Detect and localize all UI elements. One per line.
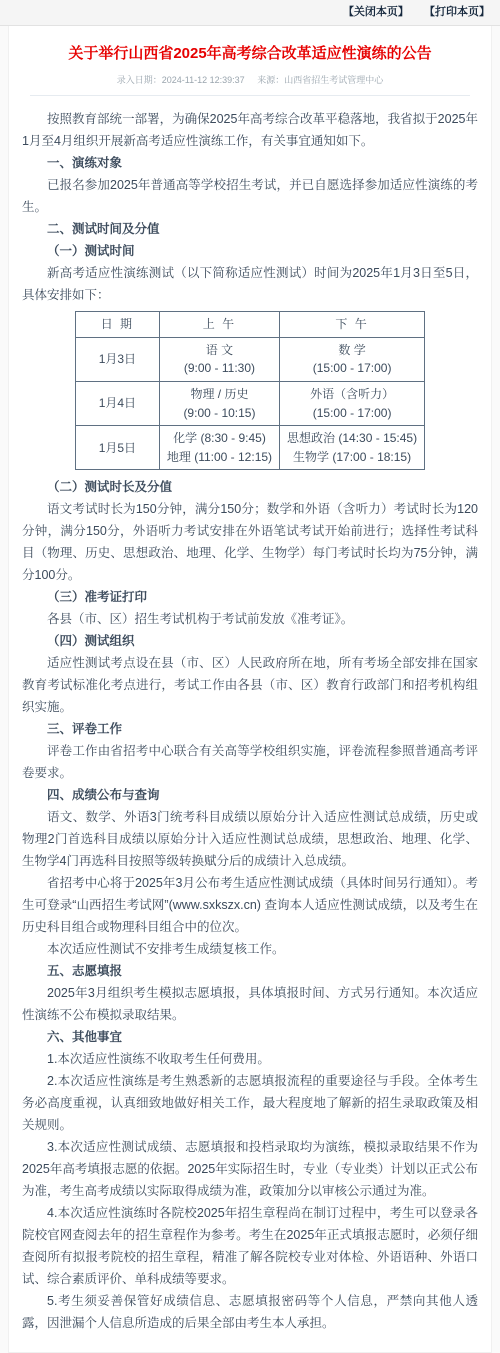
cell-date: 1月3日 [75,337,159,381]
time-line: (15:00 - 17:00) [287,359,417,378]
table-row: 1月3日 语 文 (9:00 - 11:30) 数 学 (15:00 - 17:… [75,337,424,381]
section-6-heading: 六、其他事宜 [22,1026,478,1048]
header-divider [30,95,470,96]
section-6-item-3: 3.本次适应性测试成绩、志愿填报和投档录取均为演练，模拟录取结果不作为2025年… [22,1136,478,1202]
section-4-paragraph-2: 省招考中心将于2025年3月公布考生适应性测试成绩（具体时间另行通知）。考生可登… [22,872,478,938]
subject-line: 地理 (11:00 - 12:15) [167,448,272,467]
section-4-paragraph-3: 本次适应性测试不安排考生成绩复核工作。 [22,938,478,960]
time-line: (9:00 - 11:30) [167,359,272,378]
col-header-morning: 上 午 [159,312,279,338]
section-2-3-paragraph: 各县（市、区）招生考试机构于考试前发放《准考证》。 [22,608,478,630]
cell-date: 1月5日 [75,426,159,470]
subject-line: 思想政治 (14:30 - 15:45) [287,429,417,448]
cell-morning: 语 文 (9:00 - 11:30) [159,337,279,381]
article-body: 按照教育部统一部署，为确保2025年高考综合改革平稳落地，我省拟于2025年1月… [22,108,478,1334]
section-2-2-paragraph: 语文考试时长为150分钟，满分150分；数学和外语（含听力）考试时长为120分钟… [22,498,478,586]
subject-line: 化学 (8:30 - 9:45) [167,429,272,448]
article-container: 关于举行山西省2025年高考综合改革适应性演练的公告 录入日期：2024-11-… [8,26,492,1353]
exam-schedule-table: 日 期 上 午 下 午 1月3日 语 文 (9:00 - 11:30) 数 学 … [75,311,425,470]
subject-line: 生物学 (17:00 - 18:15) [287,448,417,467]
section-2-1-paragraph: 新高考适应性演练测试（以下简称适应性测试）时间为2025年1月3日至5日，具体安… [22,262,478,306]
section-6-item-1: 1.本次适应性演练不收取考生任何费用。 [22,1048,478,1070]
topbar: 【关闭本页】 【打印本页】 [0,0,500,26]
section-5-heading: 五、志愿填报 [22,960,478,982]
section-3-heading: 三、评卷工作 [22,718,478,740]
subject-line: 数 学 [287,341,417,360]
cell-afternoon: 思想政治 (14:30 - 15:45) 生物学 (17:00 - 18:15) [280,426,425,470]
cell-date: 1月4日 [75,382,159,426]
col-header-afternoon: 下 午 [280,312,425,338]
article-meta: 录入日期：2024-11-12 12:39:37 来源：山西省招生考试管理中心 [22,73,478,86]
time-line: (15:00 - 17:00) [287,404,417,423]
intro-paragraph: 按照教育部统一部署，为确保2025年高考综合改革平稳落地，我省拟于2025年1月… [22,108,478,152]
section-2-heading: 二、测试时间及分值 [22,218,478,240]
cell-afternoon: 数 学 (15:00 - 17:00) [280,337,425,381]
cell-morning: 化学 (8:30 - 9:45) 地理 (11:00 - 12:15) [159,426,279,470]
section-1-paragraph: 已报名参加2025年普通高等学校招生考试，并已自愿选择参加适应性演练的考生。 [22,174,478,218]
section-2-4-paragraph: 适应性测试考点设在县（市、区）人民政府所在地，所有考场全部安排在国家教育考试标准… [22,652,478,718]
section-3-paragraph: 评卷工作由省招考中心联合有关高等学校组织实施，评卷流程参照普通高考评卷要求。 [22,740,478,784]
col-header-date: 日 期 [75,312,159,338]
print-page-link[interactable]: 【打印本页】 [424,6,490,18]
subject-line: 外语（含听力） [287,385,417,404]
section-2-4-heading: （四）测试组织 [22,630,478,652]
page-title: 关于举行山西省2025年高考综合改革适应性演练的公告 [22,44,478,64]
meta-entry-date: 录入日期：2024-11-12 12:39:37 [117,75,245,85]
section-2-2-heading: （二）测试时长及分值 [22,476,478,498]
section-2-1-heading: （一）测试时间 [22,240,478,262]
subject-line: 物理 / 历史 [167,385,272,404]
section-6-item-2: 2.本次适应性演练是考生熟悉新的志愿填报流程的重要途径与手段。全体考生务必高度重… [22,1070,478,1136]
section-1-heading: 一、演练对象 [22,152,478,174]
subject-line: 语 文 [167,341,272,360]
time-line: (9:00 - 10:15) [167,404,272,423]
section-4-heading: 四、成绩公布与查询 [22,784,478,806]
table-row: 1月4日 物理 / 历史 (9:00 - 10:15) 外语（含听力） (15:… [75,382,424,426]
section-5-paragraph: 2025年3月组织考生模拟志愿填报，具体填报时间、方式另行通知。本次适应性演练不… [22,982,478,1026]
cell-afternoon: 外语（含听力） (15:00 - 17:00) [280,382,425,426]
table-header-row: 日 期 上 午 下 午 [75,312,424,338]
table-row: 1月5日 化学 (8:30 - 9:45) 地理 (11:00 - 12:15)… [75,426,424,470]
section-6-item-4: 4.本次适应性演练时各院校2025年招生章程尚在制订过程中，考生可以登录各院校官… [22,1202,478,1290]
section-4-paragraph-1: 语文、数学、外语3门统考科目成绩以原始分计入适应性测试总成绩，历史或物理2门首选… [22,806,478,872]
close-page-link[interactable]: 【关闭本页】 [343,6,409,18]
cell-morning: 物理 / 历史 (9:00 - 10:15) [159,382,279,426]
section-2-3-heading: （三）准考证打印 [22,586,478,608]
meta-source: 来源：山西省招生考试管理中心 [257,75,383,85]
section-6-item-5: 5.考生须妥善保管好成绩信息、志愿填报密码等个人信息，严禁向其他人透露，因泄漏个… [22,1290,478,1334]
